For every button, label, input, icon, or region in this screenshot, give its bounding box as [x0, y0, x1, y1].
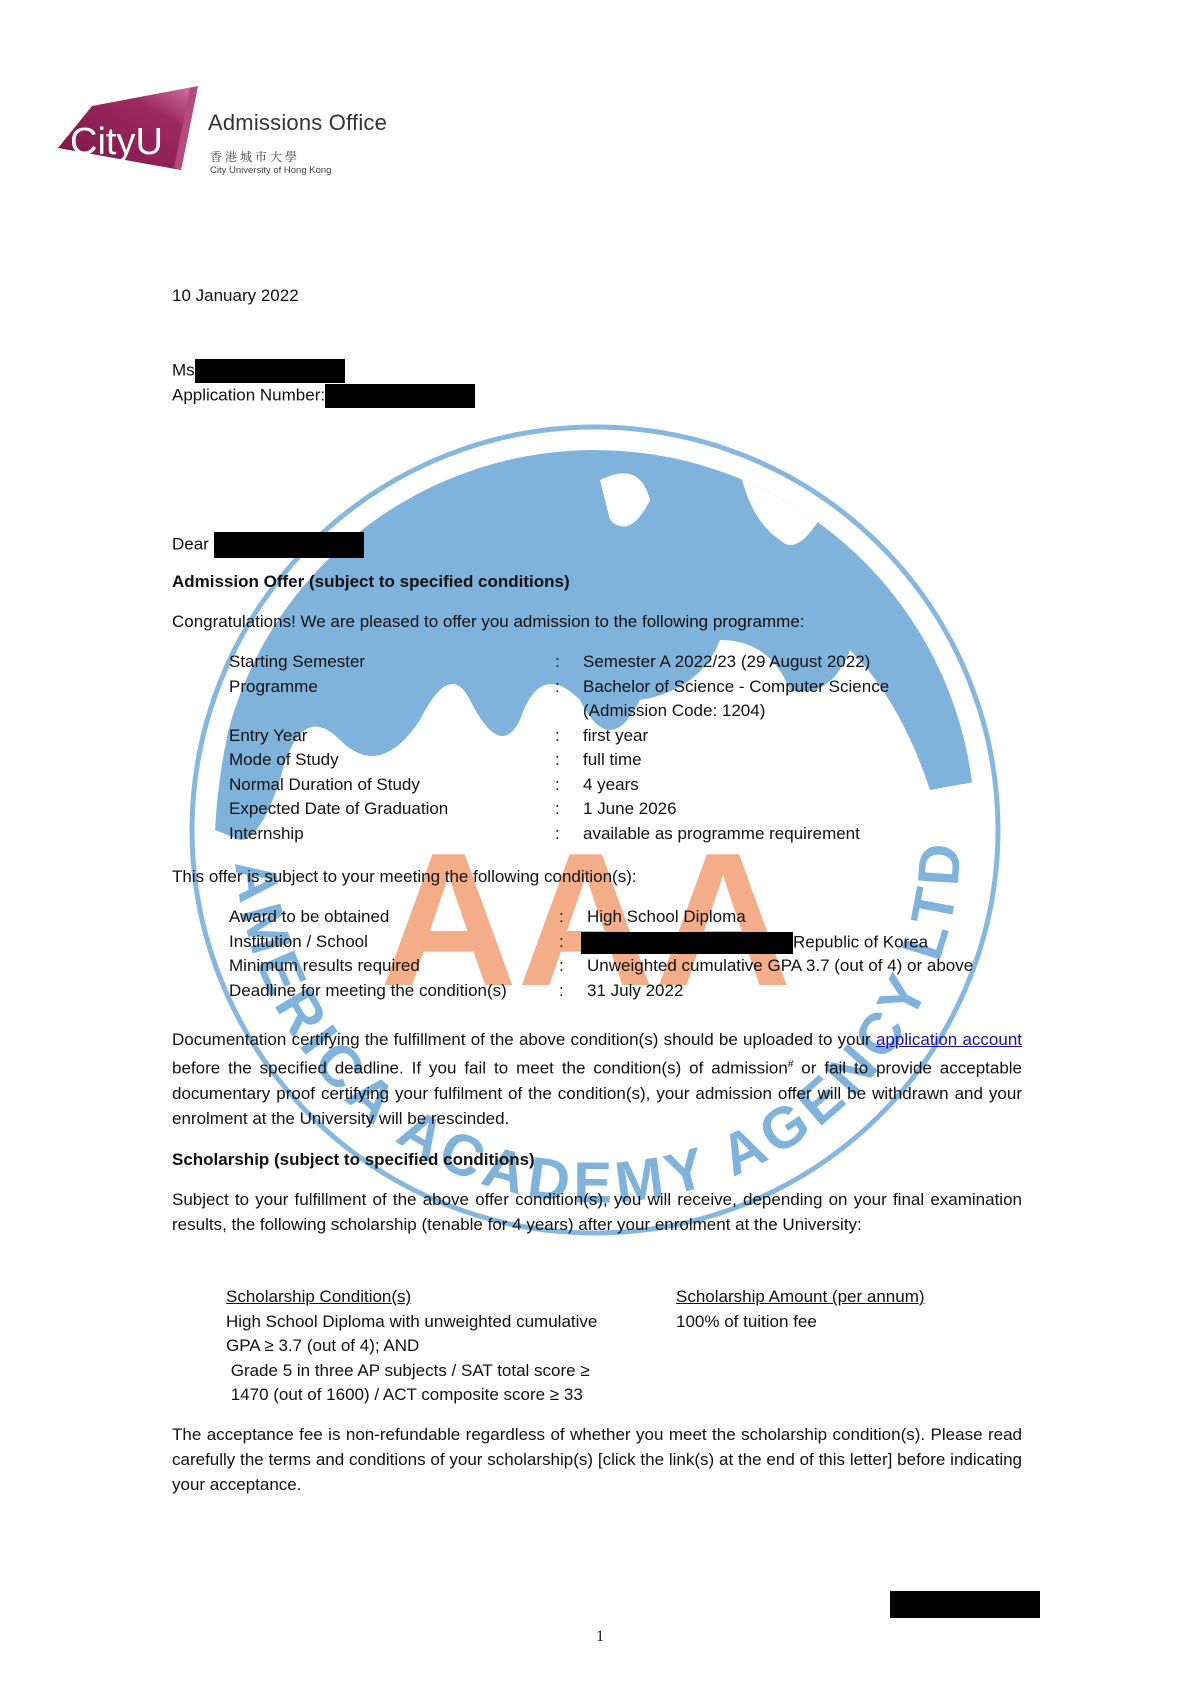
condition-label: Minimum results required: [229, 956, 420, 976]
condition-label: Deadline for meeting the condition(s): [229, 981, 507, 1001]
scholarship-condition-line: GPA ≥ 3.7 (out of 4); AND: [226, 1334, 597, 1359]
page-number: 1: [596, 1628, 604, 1646]
condition-value: Republic of Korea: [793, 932, 928, 951]
redacted-footer: [890, 1591, 1040, 1618]
detail-label: Normal Duration of Study: [229, 775, 420, 795]
documentation-paragraph: Documentation certifying the fulfillment…: [172, 1027, 1022, 1131]
scholarship-amount-value: 100% of tuition fee: [676, 1310, 925, 1335]
detail-value: 1 June 2026: [583, 799, 677, 819]
detail-colon: :: [555, 726, 560, 746]
detail-value: Bachelor of Science - Computer Science: [583, 677, 889, 697]
letter-date: 10 January 2022: [172, 286, 299, 306]
recipient-line: Ms: [172, 359, 345, 383]
detail-value: first year: [583, 726, 648, 746]
scholarship-amount-column: Scholarship Amount (per annum) 100% of t…: [676, 1285, 925, 1334]
detail-colon: :: [555, 824, 560, 844]
detail-label: Entry Year: [229, 726, 307, 746]
admissions-office-title: Admissions Office: [208, 110, 387, 136]
condition-colon: :: [559, 907, 564, 927]
scholarship-condition-line: Grade 5 in three AP subjects / SAT total…: [226, 1359, 597, 1384]
detail-colon: :: [555, 750, 560, 770]
university-english-name: City University of Hong Kong: [210, 165, 331, 176]
redacted-school-name: [581, 932, 793, 954]
detail-value: 4 years: [583, 775, 639, 795]
application-account-link[interactable]: application account: [876, 1030, 1022, 1049]
svg-text:CityU: CityU: [70, 121, 163, 163]
condition-value: High School Diploma: [587, 907, 746, 927]
dear-text: Dear: [172, 534, 209, 553]
detail-label: Starting Semester: [229, 652, 365, 672]
redacted-dear-name: [214, 532, 364, 558]
salutation-prefix: Ms: [172, 360, 195, 379]
condition-value: 31 July 2022: [587, 981, 683, 1001]
scholarship-condition-line: 1470 (out of 1600) / ACT composite score…: [226, 1383, 597, 1408]
application-number-line: Application Number:: [172, 384, 475, 408]
detail-colon: :: [555, 677, 560, 697]
condition-colon: :: [559, 956, 564, 976]
detail-value: available as programme requirement: [583, 824, 860, 844]
offer-heading: Admission Offer (subject to specified co…: [172, 572, 570, 592]
condition-colon: :: [559, 932, 564, 952]
university-chinese-name: 香港城市大學: [210, 148, 300, 165]
application-number-label: Application Number:: [172, 385, 325, 404]
redacted-name: [195, 359, 345, 383]
detail-value: (Admission Code: 1204): [583, 701, 765, 721]
detail-label: Expected Date of Graduation: [229, 799, 448, 819]
detail-colon: :: [555, 775, 560, 795]
detail-label: Programme: [229, 677, 318, 697]
cityu-logo: CityU: [56, 86, 201, 176]
documentation-text-2: before the specified deadline. If you fa…: [172, 1059, 788, 1078]
redacted-application-number: [325, 384, 475, 408]
scholarship-amount-header: Scholarship Amount (per annum): [676, 1285, 925, 1310]
scholarship-condition-line: High School Diploma with unweighted cumu…: [226, 1310, 597, 1335]
scholarship-conditions-column: Scholarship Condition(s) High School Dip…: [226, 1285, 597, 1408]
detail-label: Internship: [229, 824, 304, 844]
detail-colon: :: [555, 799, 560, 819]
congrats-text: Congratulations! We are pleased to offer…: [172, 612, 805, 632]
condition-label: Award to be obtained: [229, 907, 389, 927]
detail-value: full time: [583, 750, 642, 770]
dear-line: Dear: [172, 532, 364, 558]
scholarship-heading: Scholarship (subject to specified condit…: [172, 1150, 535, 1170]
detail-value: Semester A 2022/23 (29 August 2022): [583, 652, 870, 672]
conditions-intro: This offer is subject to your meeting th…: [172, 867, 637, 887]
scholarship-intro: Subject to your fulfillment of the above…: [172, 1187, 1022, 1237]
condition-colon: :: [559, 981, 564, 1001]
scholarship-condition-header: Scholarship Condition(s): [226, 1285, 597, 1310]
condition-value: Unweighted cumulative GPA 3.7 (out of 4)…: [587, 956, 973, 976]
detail-label: Mode of Study: [229, 750, 339, 770]
detail-colon: :: [555, 652, 560, 672]
condition-label: Institution / School: [229, 932, 368, 952]
acceptance-fee-note: The acceptance fee is non-refundable reg…: [172, 1422, 1022, 1497]
documentation-text: Documentation certifying the fulfillment…: [172, 1030, 871, 1049]
